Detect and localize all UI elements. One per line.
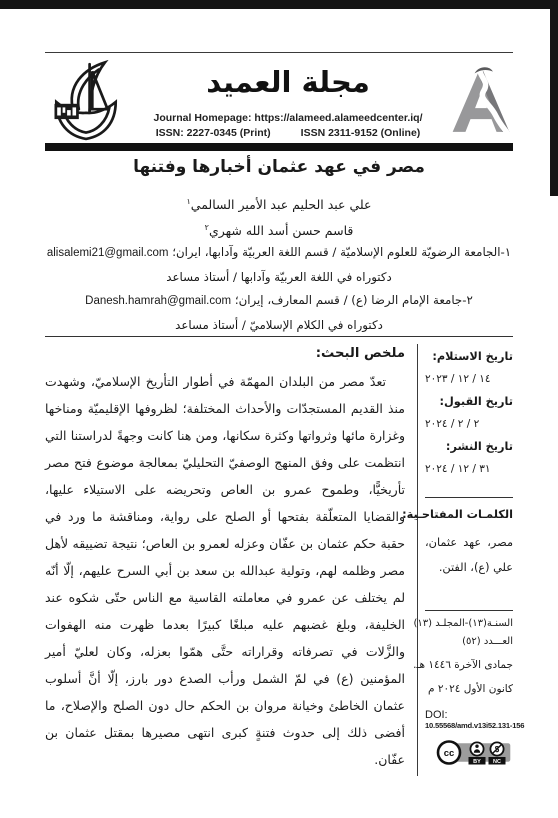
issue-number-line: العـــدد (٥٢) xyxy=(425,636,513,647)
gregorian-date: كانون الأول ٢٠٢٤ م xyxy=(425,683,513,695)
svg-text:NC: NC xyxy=(493,759,501,765)
affiliation-2-line-1: ٢-جامعة الإمام الرضا (ع) / قسم المعارف، … xyxy=(40,289,518,314)
abstract-heading: ملخص البحث: xyxy=(45,346,405,361)
sidebar-separator-2 xyxy=(425,610,513,611)
affiliation-1-line-1: ١-الجامعة الرضويّة للعلوم الإسلاميّة / ق… xyxy=(40,241,518,266)
issue-volume-line: السنـة(١٣)-المجلـد (١٣) xyxy=(425,618,513,629)
affiliations-block: ١-الجامعة الرضويّة للعلوم الإسلاميّة / ق… xyxy=(40,241,518,337)
header-center: مجلة العميد Journal Homepage: https://al… xyxy=(127,57,449,139)
accepted-date: ٢ / ٢ / ٢٠٢٤ xyxy=(425,418,513,430)
journal-homepage-url[interactable]: Journal Homepage: https://alameed.alamee… xyxy=(131,112,445,124)
article-meta-sidebar: تاريخ الاستلام: ١٤ / ١٢ / ٢٠٢٣ تاريخ الق… xyxy=(417,344,513,776)
abstract-body: تعدّ مصر من البلدان المهمّة في أطوار الت… xyxy=(45,368,405,773)
doi-value[interactable]: 10.55568/amd.v13i52.131-156 xyxy=(425,721,513,730)
journal-header: مجلة العميد Journal Homepage: https://al… xyxy=(45,57,513,147)
header-thick-divider xyxy=(45,143,513,151)
affiliation-1-line-2: دكتوراه في اللغة العربيّة وآدابها / أستا… xyxy=(40,266,518,290)
hijri-date: جمادى الآخرة ١٤٤٦ هـ. xyxy=(425,659,513,671)
author-1-email[interactable]: alisalemi21@gmail.com xyxy=(47,247,169,259)
received-label: تاريخ الاستلام: xyxy=(425,350,513,363)
author-1: علي عبد الحليم عبد الأمير السالمي١ xyxy=(0,190,558,216)
keywords-text: مصر، عهد عثمان، علي (ع)، الفتن. xyxy=(425,530,513,580)
authors-block: علي عبد الحليم عبد الأمير السالمي١ قاسم … xyxy=(0,190,558,242)
svg-text:BY: BY xyxy=(473,759,481,765)
published-date: ٣١ / ١٢ / ٢٠٢٤ xyxy=(425,463,513,475)
issn-online: ISSN 2311-9152 (Online) xyxy=(301,127,421,139)
cc-icon: cc xyxy=(438,742,460,764)
accepted-label: تاريخ القبول: xyxy=(425,395,513,408)
journal-first-page: مجلة العميد Journal Homepage: https://al… xyxy=(0,0,558,818)
author-2: قاسم حسن أسد الله شهري٢ xyxy=(0,216,558,242)
issn-print: ISSN: 2227-0345 (Print) xyxy=(156,127,271,139)
section-rule xyxy=(45,336,513,337)
page-top-frame-bar xyxy=(0,0,558,9)
doi-label: DOI: xyxy=(425,709,513,721)
affiliation-2-line-2: دكتوراه في الكلام الإسلاميّ / أستاذ مساع… xyxy=(40,314,518,338)
content-columns: تاريخ الاستلام: ١٤ / ١٢ / ٢٠٢٣ تاريخ الق… xyxy=(45,344,513,776)
keywords-label: الكلمـات المفتاحـية: xyxy=(425,508,513,521)
header-rule xyxy=(45,52,513,53)
alameed-a-monogram-icon xyxy=(449,59,513,139)
alameed-boat-emblem-icon xyxy=(45,57,127,147)
cc-by-nc-license-badge[interactable]: cc BY $ NC xyxy=(435,738,513,768)
abstract-section: ملخص البحث: تعدّ مصر من البلدان المهمّة … xyxy=(45,344,417,776)
journal-calligraphy-title: مجلة العميد xyxy=(131,57,445,107)
author-2-email[interactable]: Danesh.hamrah@gmail.com xyxy=(85,295,231,307)
sidebar-separator-1 xyxy=(425,497,513,498)
received-date: ١٤ / ١٢ / ٢٠٢٣ xyxy=(425,373,513,385)
article-title: مصر في عهد عثمان أخبارها وفتنها xyxy=(0,157,558,177)
published-label: تاريخ النشر: xyxy=(425,440,513,453)
svg-text:cc: cc xyxy=(444,748,455,759)
